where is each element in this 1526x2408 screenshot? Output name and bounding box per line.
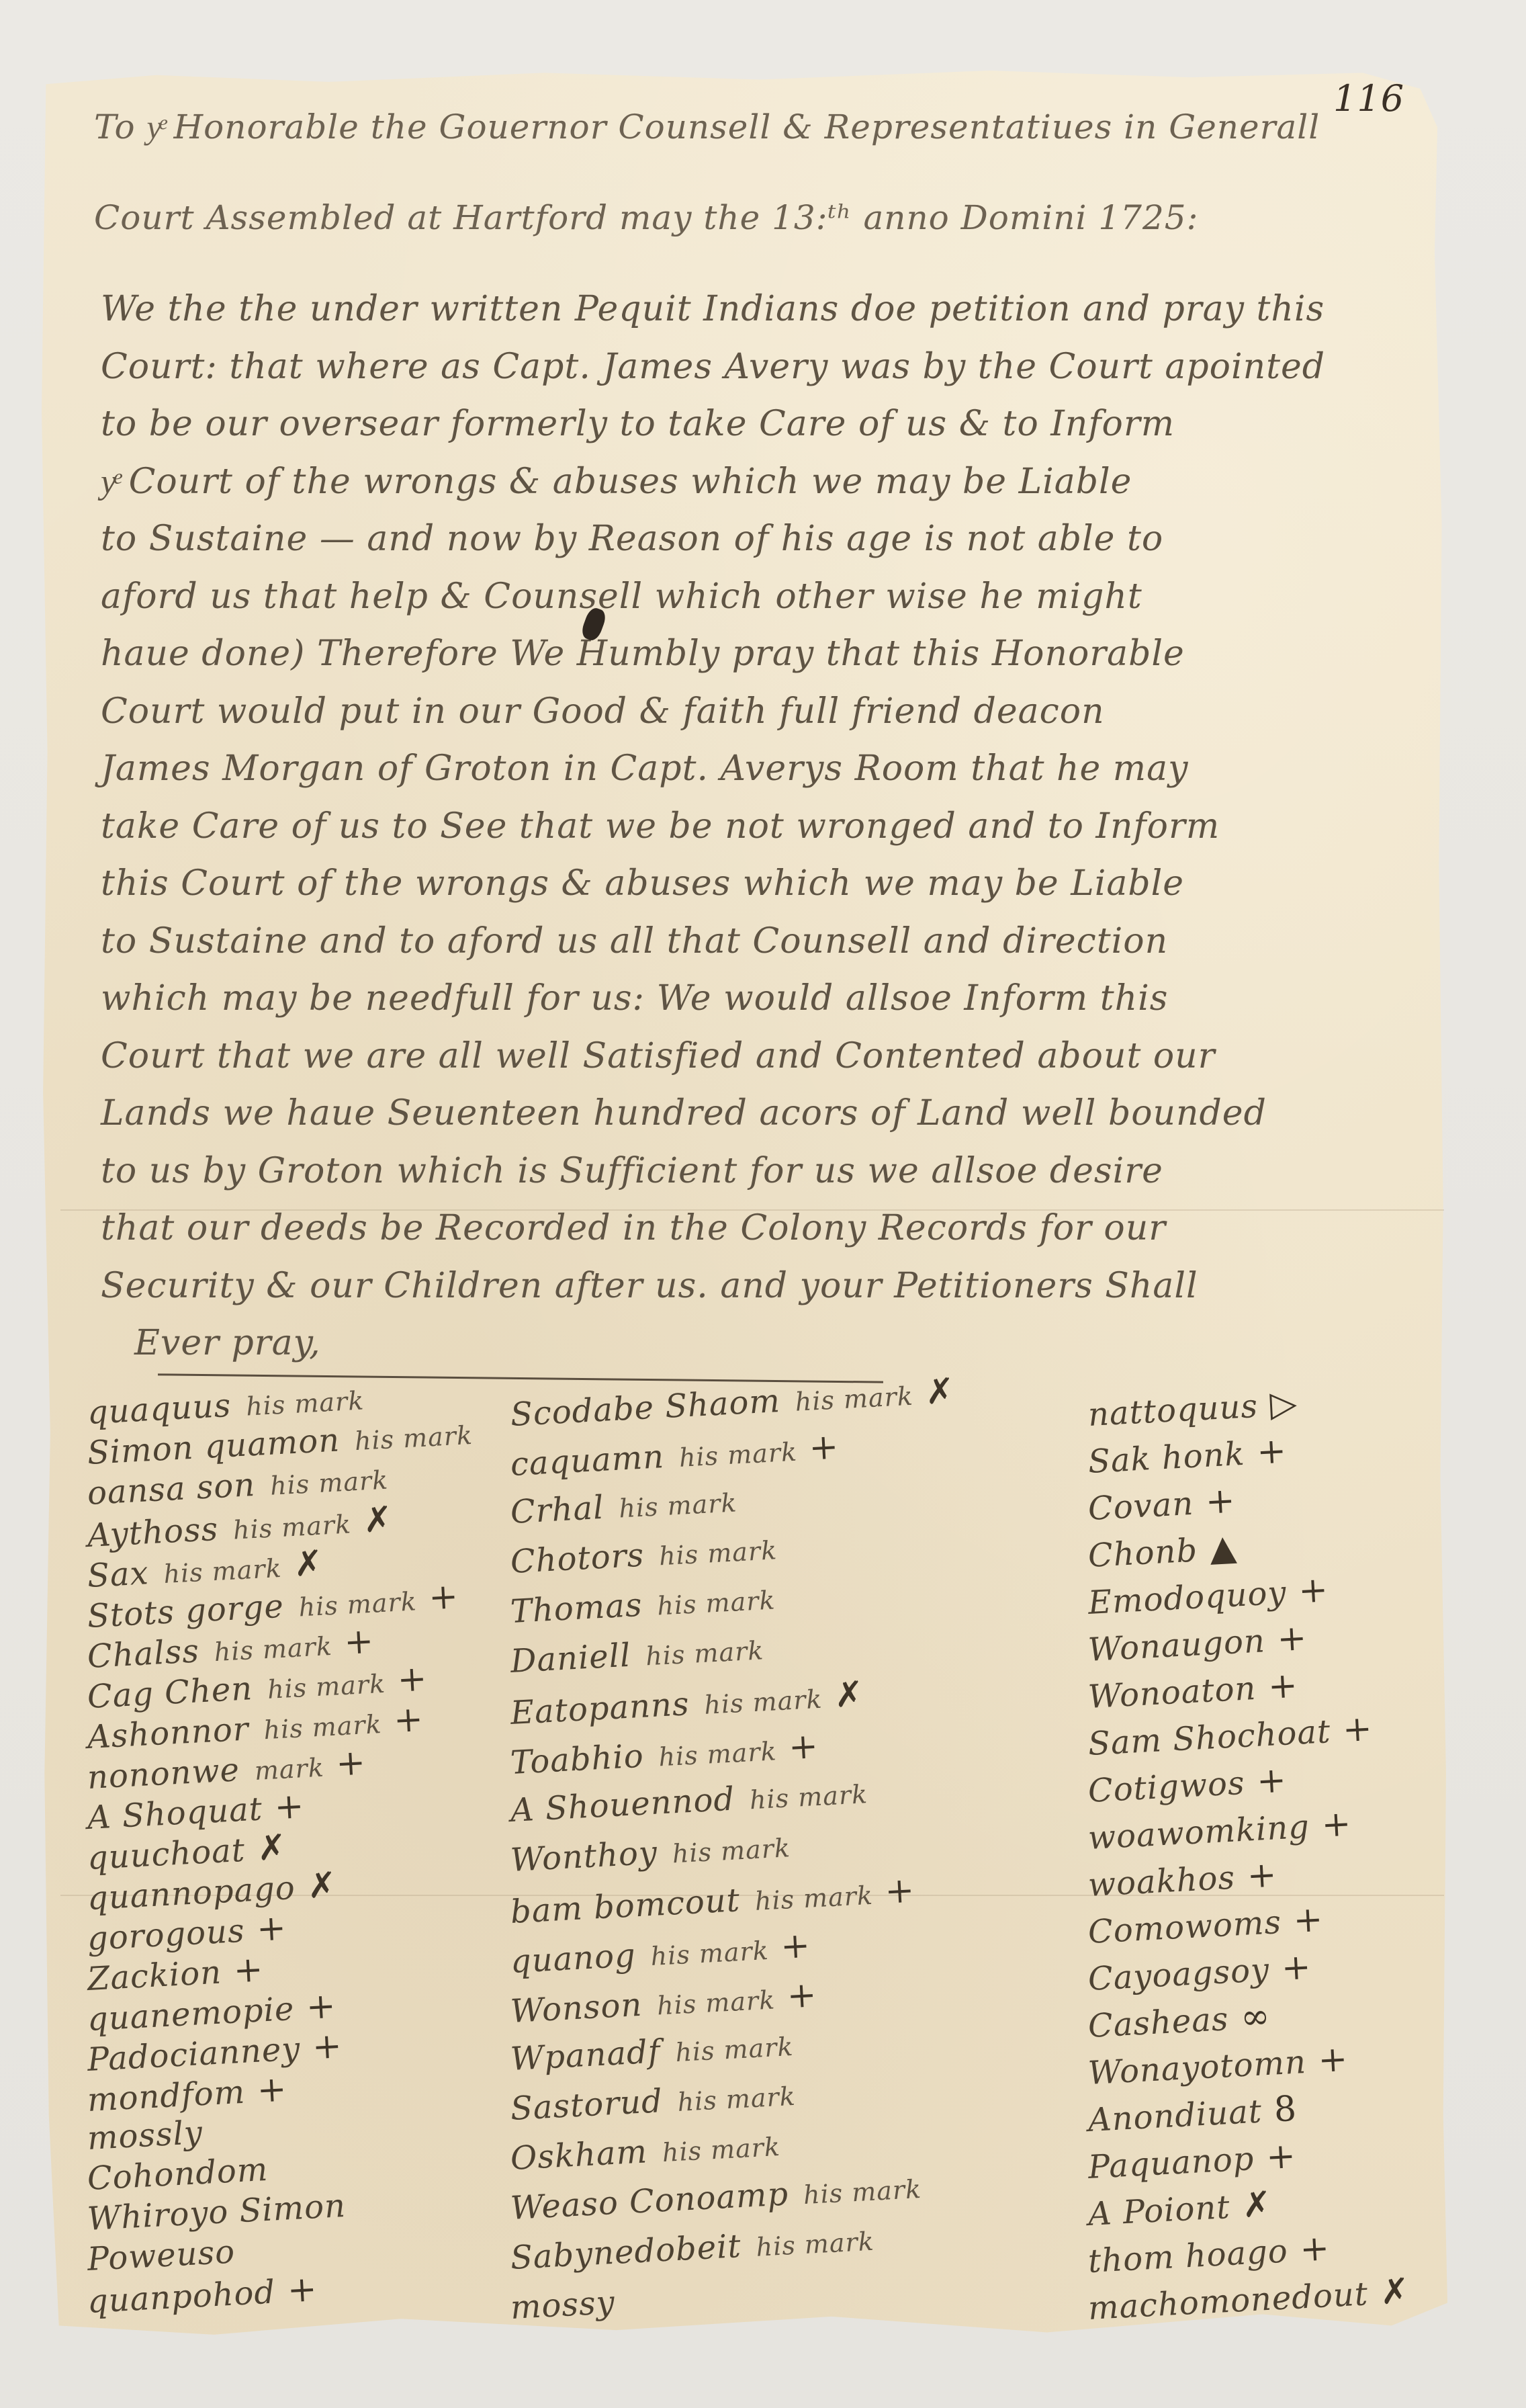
signer-name: Paquanop (1087, 2140, 1255, 2186)
body-line: to Sustaine and to aford us all that Cou… (101, 921, 1168, 961)
his-mark-label: his mark (803, 2174, 922, 2210)
signer-name: Wonoaton (1087, 1670, 1257, 1716)
signature-mark-icon: + (1341, 1709, 1374, 1750)
signature-entry: Poweuso (87, 2233, 236, 2278)
signature-mark-icon: + (273, 1786, 306, 1827)
signer-name: Wonthoy (510, 1834, 659, 1879)
signer-name: Chonb (1087, 1531, 1199, 1574)
body-line: that our deeds be Recorded in the Colony… (101, 1208, 1166, 1248)
signer-name: nattoquus (1087, 1387, 1259, 1434)
his-mark-label: his mark (749, 1779, 868, 1815)
signature-entry: Covan+ (1087, 1481, 1237, 1529)
his-mark-label: his mark (298, 1586, 418, 1622)
signature-mark-icon: + (1267, 1666, 1300, 1707)
signature-mark-icon: ✗ (362, 1499, 394, 1541)
signer-name: Oskham (510, 2133, 649, 2178)
signer-name: Toabhio (510, 1737, 645, 1782)
signer-name: Sastorud (510, 2082, 664, 2128)
signer-name: Wonson (510, 1986, 643, 2030)
his-mark-label: his mark (674, 2032, 794, 2067)
signature-mark-icon: + (312, 2026, 344, 2067)
his-mark-label: his mark (354, 1420, 474, 1456)
signer-name: Chalss (87, 1632, 201, 1676)
body-line: James Morgan of Groton in Capt. Averys R… (101, 748, 1189, 789)
signer-name: Crhal (510, 1489, 605, 1531)
signature-entry: mossy (510, 2284, 617, 2327)
signer-name: Casheas (1087, 2000, 1230, 2045)
signature-mark-icon: + (232, 1949, 265, 1991)
signer-name: mossy (510, 2284, 617, 2327)
his-mark-label: his mark (232, 1509, 352, 1545)
signature-mark-icon: + (808, 1426, 840, 1468)
his-mark-label: his mark (703, 1684, 823, 1720)
his-mark-label: his mark (756, 2227, 875, 2262)
signature-mark-icon: ✗ (1379, 2271, 1411, 2313)
signature-mark-icon: + (1265, 2136, 1298, 2178)
signature-mark-icon: + (396, 1659, 429, 1701)
body-line: Court that we are all well Satisfied and… (101, 1036, 1216, 1076)
signature-mark-icon: ✗ (293, 1543, 325, 1585)
body-line: Court: that where as Capt. James Avery w… (101, 347, 1325, 387)
body-line: haue done) Therefore We Humbly pray that… (101, 634, 1185, 674)
his-mark-label: his mark (263, 1709, 382, 1745)
signature-mark-icon: + (286, 2269, 318, 2311)
his-mark-label: his mark (795, 1381, 914, 1417)
his-mark-label: his mark (672, 1833, 791, 1868)
signature-mark-icon: + (884, 1870, 916, 1911)
signature-mark-icon: + (256, 2069, 288, 2110)
signature-entry: Chonb▲ (1087, 1527, 1238, 1576)
his-mark-label: his mark (650, 1936, 770, 1971)
signature-mark-icon: + (1256, 1760, 1288, 1802)
his-mark-label: mark (254, 1753, 325, 1786)
signature-mark-icon: + (428, 1576, 460, 1618)
signer-name: Wpanadf (510, 2032, 662, 2078)
signature-mark-icon: + (335, 1742, 367, 1784)
his-mark-label: his mark (658, 1535, 778, 1571)
body-line: yͤ Court of the wrongs & abuses which we… (101, 462, 1132, 502)
signer-name: Cotigwos (1087, 1764, 1246, 1810)
body-line: this Court of the wrongs & abuses which … (101, 863, 1184, 904)
his-mark-label: his mark (754, 1881, 874, 1916)
his-mark-label: his mark (678, 1437, 798, 1473)
signature-entry: mossly (87, 2114, 204, 2157)
signature-mark-icon: + (1246, 1854, 1278, 1896)
his-mark-label: his mark (267, 1669, 386, 1705)
body-line: which may be needfull for us: We would a… (101, 978, 1168, 1019)
signature-mark-icon: + (780, 1926, 812, 1967)
signature-mark-icon: ✗ (256, 1827, 288, 1868)
signature-mark-icon: + (305, 1986, 337, 2028)
his-mark-label: his mark (656, 1585, 776, 1621)
his-mark-label: his mark (214, 1631, 333, 1667)
signer-name: A Poiont (1087, 2188, 1231, 2233)
signer-name: Thomas (510, 1586, 643, 1631)
body-line: to Sustaine — and now by Reason of his a… (101, 519, 1163, 559)
signature-mark-icon: ✗ (834, 1674, 866, 1715)
signature-mark-icon: ✗ (306, 1865, 339, 1907)
signature-mark-icon: ▲ (1208, 1527, 1238, 1569)
body-line: Ever pray, (134, 1323, 321, 1363)
his-mark-label: his mark (645, 1635, 764, 1671)
body-line: take Care of us to See that we be not wr… (101, 806, 1220, 847)
signature-mark-icon: + (343, 1621, 375, 1663)
signature-mark-icon: + (1256, 1431, 1288, 1473)
body-line: to us by Groton which is Sufficient for … (101, 1151, 1163, 1191)
signer-name: Covan (1087, 1485, 1195, 1528)
body-line: to be our oversear formerly to take Care… (101, 404, 1175, 444)
body-line: Court would put in our Good & faith full… (101, 691, 1105, 732)
signer-name: Daniell (510, 1637, 632, 1680)
signature-mark-icon: + (256, 1907, 288, 1949)
his-mark-label: his mark (658, 1736, 777, 1772)
signer-name: quanog (510, 1936, 637, 1981)
signature-mark-icon: + (1280, 1947, 1312, 1989)
signer-name: Aythoss (87, 1510, 220, 1555)
signer-name: mossly (87, 2114, 204, 2157)
body-line: aford us that help & Counsell which othe… (101, 576, 1142, 617)
signature-mark-icon: + (1204, 1481, 1237, 1522)
signature-mark-icon: ▷ (1269, 1383, 1298, 1425)
heading-line: To yͤ Honorable the Gouernor Counsell & … (94, 107, 1320, 146)
signer-name: Chotors (510, 1537, 645, 1581)
signature-mark-icon: ✗ (1241, 2184, 1273, 2226)
signature-mark-icon: ∞ (1240, 1996, 1271, 2038)
signer-name: mondfom (87, 2073, 246, 2119)
his-mark-label: his mark (618, 1488, 737, 1523)
signature-mark-icon: + (1276, 1618, 1308, 1660)
signature-mark-icon: + (1320, 1803, 1353, 1845)
signer-name: Zackion (87, 1954, 223, 1998)
his-mark-label: his mark (677, 2081, 797, 2117)
body-line: Security & our Children after us. and yo… (101, 1266, 1198, 1306)
signer-name: caquamn (510, 1438, 666, 1483)
signature-mark-icon: + (788, 1726, 820, 1768)
his-mark-label: his mark (163, 1553, 282, 1589)
his-mark-label: his mark (656, 1985, 776, 2020)
signature-mark-icon: + (1292, 1899, 1325, 1941)
signature-mark-icon: 8 (1273, 2089, 1298, 2131)
signer-name: Sax (87, 1554, 150, 1595)
signature-mark-icon: + (786, 1975, 818, 2016)
his-mark-label: his mark (269, 1465, 389, 1501)
signature-mark-icon: + (1298, 1569, 1330, 1611)
folio-number: 116 (1333, 77, 1404, 120)
signer-name: Poweuso (87, 2233, 236, 2278)
signer-name: quaquus (87, 1387, 232, 1432)
body-line: We the the under written Pequit Indians … (101, 289, 1325, 329)
signature-mark-icon: ✗ (924, 1371, 956, 1412)
signature-mark-icon: + (1299, 2228, 1331, 2270)
signer-name: Sak honk (1087, 1435, 1246, 1481)
heading-line: Court Assembled at Hartford may the 13:ᵗ… (94, 198, 1198, 237)
signer-name: woakhos (1087, 1859, 1237, 1904)
signature-mark-icon: + (1317, 2039, 1349, 2081)
body-line: Lands we haue Seuenteen hundred acors of… (101, 1093, 1267, 1133)
his-mark-label: his mark (245, 1385, 365, 1421)
his-mark-label: his mark (662, 2132, 781, 2167)
signature-mark-icon: + (393, 1699, 425, 1741)
